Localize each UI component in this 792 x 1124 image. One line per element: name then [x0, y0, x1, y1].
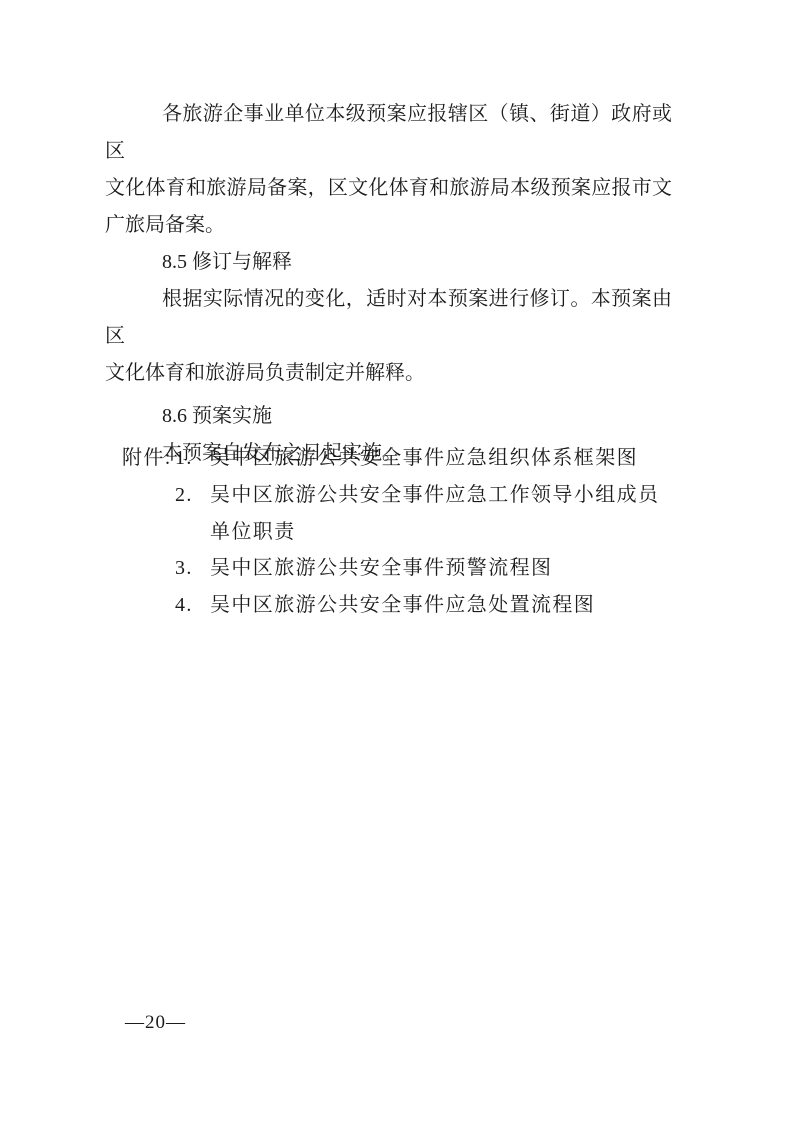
- document-page: 各旅游企事业单位本级预案应报辖区（镇、街道）政府或区 文化体育和旅游局备案，区文…: [0, 0, 792, 1124]
- body-text: 各旅游企事业单位本级预案应报辖区（镇、街道）政府或区 文化体育和旅游局备案，区文…: [105, 96, 672, 472]
- attachment-title: 吴中区旅游公共安全事件预警流程图: [210, 550, 552, 587]
- attachment-title: 吴中区旅游公共安全事件应急组织体系框架图: [210, 440, 638, 477]
- attachment-number: 3.: [175, 550, 210, 587]
- paragraph-line: 各旅游企事业单位本级预案应报辖区（镇、街道）政府或区: [105, 96, 672, 170]
- attachment-item: 4. 吴中区旅游公共安全事件应急处置流程图: [122, 587, 682, 624]
- attachment-label-spacer: [122, 587, 175, 624]
- page-number: —20—: [125, 1010, 186, 1036]
- paragraph-line: 广旅局备案。: [105, 207, 672, 244]
- paragraph-line: 文化体育和旅游局备案，区文化体育和旅游局本级预案应报市文: [105, 170, 672, 207]
- attachment-label-spacer: [122, 550, 175, 587]
- attachment-item: 附件: 1. 吴中区旅游公共安全事件应急组织体系框架图: [122, 440, 682, 477]
- section-heading-8-5: 8.5 修订与解释: [105, 244, 672, 281]
- section-heading-8-6: 8.6 预案实施: [105, 398, 672, 435]
- paragraph-line: 文化体育和旅游局负责制定并解释。: [105, 355, 672, 392]
- attachment-title: 吴中区旅游公共安全事件应急工作领导小组成员: [210, 477, 659, 514]
- attachment-number: 4.: [175, 587, 210, 624]
- attachment-item: 3. 吴中区旅游公共安全事件预警流程图: [122, 550, 682, 587]
- attachment-label-spacer: [122, 477, 175, 514]
- attachment-list: 附件: 1. 吴中区旅游公共安全事件应急组织体系框架图 2. 吴中区旅游公共安全…: [122, 440, 682, 624]
- paragraph-line: 根据实际情况的变化，适时对本预案进行修订。本预案由区: [105, 281, 672, 355]
- attachment-title-continued: 单位职责: [210, 514, 296, 551]
- attachment-label: 附件:: [122, 440, 175, 477]
- attachment-item-continuation: 单位职责: [122, 514, 682, 551]
- attachment-title: 吴中区旅游公共安全事件应急处置流程图: [210, 587, 595, 624]
- attachment-number: 1.: [175, 440, 210, 477]
- attachment-item: 2. 吴中区旅游公共安全事件应急工作领导小组成员: [122, 477, 682, 514]
- attachment-number: 2.: [175, 477, 210, 514]
